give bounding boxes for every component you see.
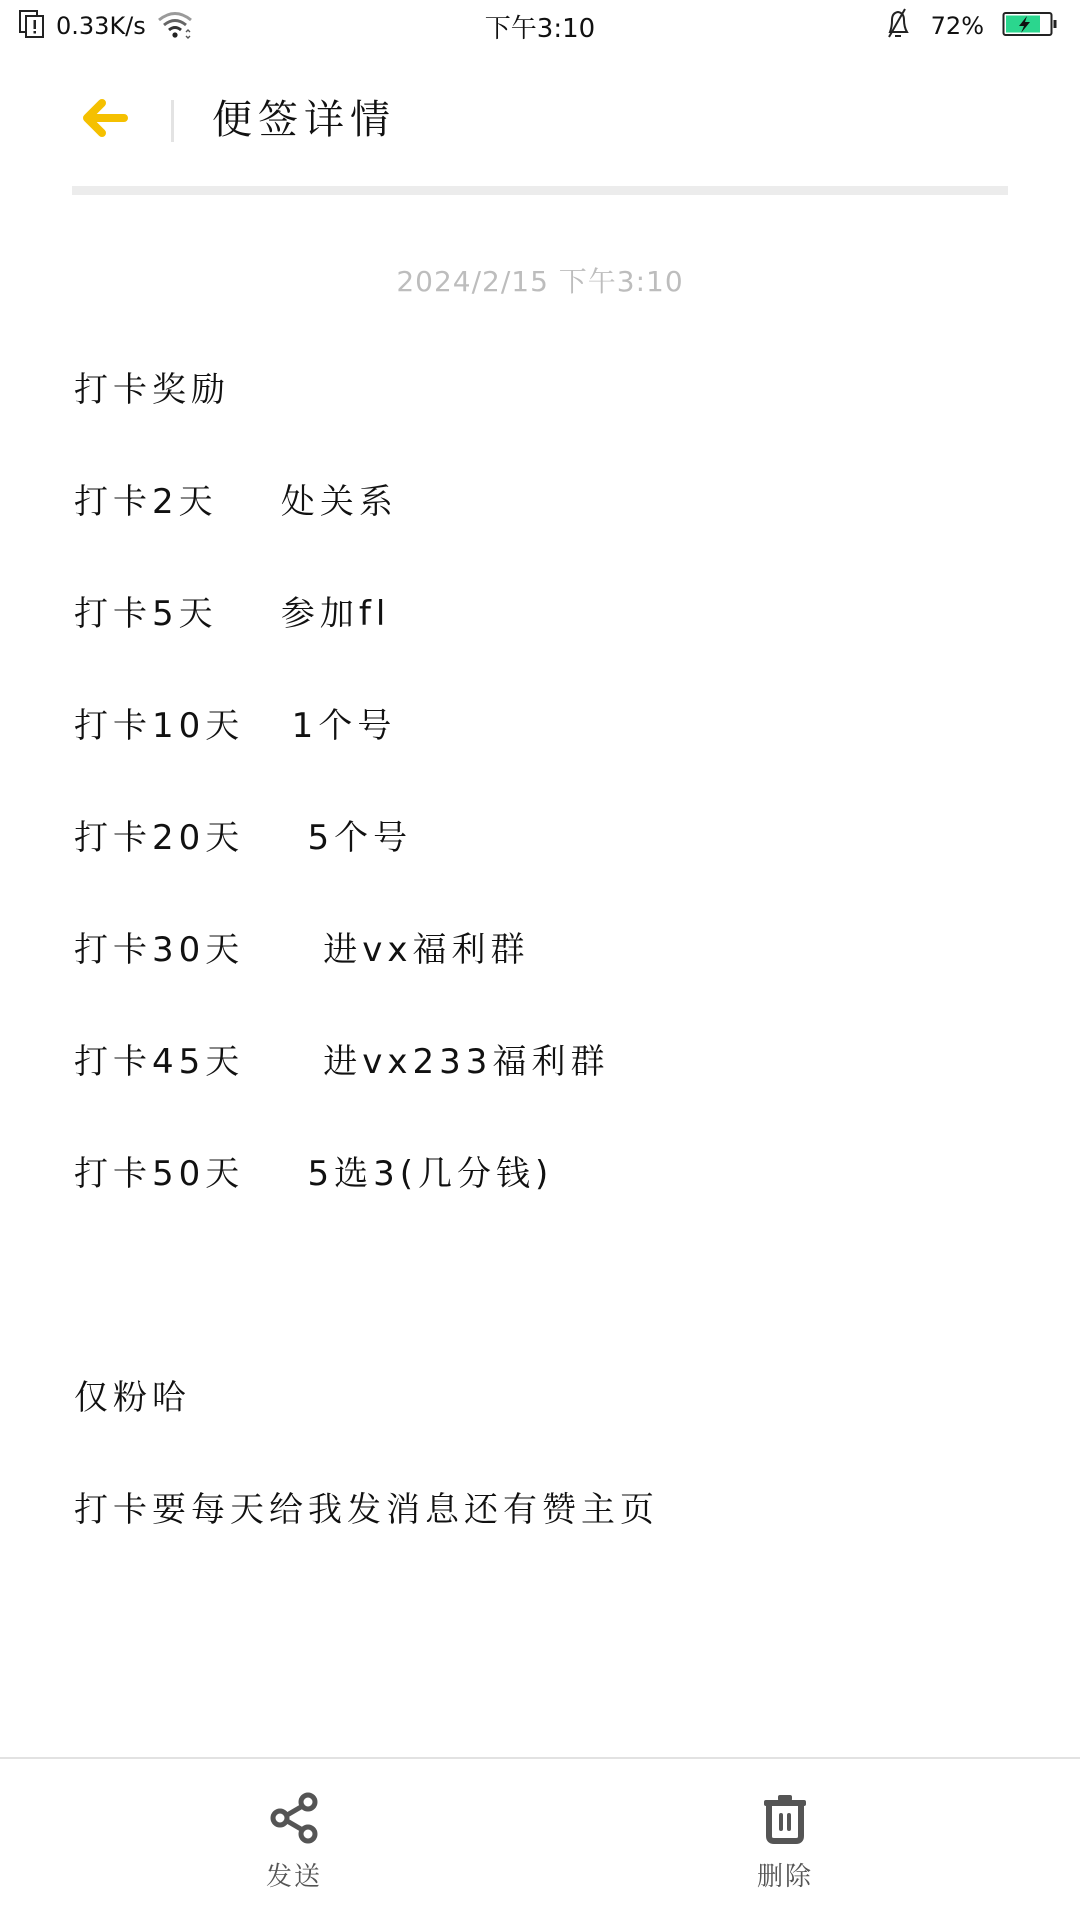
send-label: 发送: [266, 1856, 322, 1893]
note-line-empty: [74, 1256, 1014, 1368]
bottom-divider: [0, 1757, 1080, 1759]
note-line: 打卡2天 处关系: [74, 472, 1014, 584]
delete-label: 删除: [757, 1856, 813, 1893]
note-line: 打卡奖励: [74, 360, 1014, 472]
share-icon: [266, 1790, 322, 1846]
send-button[interactable]: 发送: [214, 1790, 374, 1900]
note-body[interactable]: 打卡奖励 打卡2天 处关系 打卡5天 参加fl 打卡10天 1个号 打卡20天 …: [74, 360, 1014, 1592]
page-title: 便签详情: [212, 92, 396, 148]
bell-muted-icon: [883, 7, 913, 45]
battery-charging-icon: [1002, 10, 1058, 42]
note-line: 仅粉哈: [74, 1368, 1014, 1480]
note-line: 打卡20天 5个号: [74, 808, 1014, 920]
delete-button[interactable]: 删除: [705, 1790, 865, 1900]
trash-icon: [757, 1790, 813, 1846]
header-separator: [171, 100, 174, 142]
battery-percent: 72%: [931, 12, 984, 40]
back-button[interactable]: [72, 90, 136, 150]
status-bar: 0.33K/s 下午3:10 72%: [0, 0, 1080, 52]
note-line: 打卡30天 进vx福利群: [74, 920, 1014, 1032]
note-line: 打卡10天 1个号: [74, 696, 1014, 808]
note-date: 2024/2/15 下午3:10: [0, 260, 1080, 300]
arrow-left-icon: [78, 96, 130, 144]
note-line: 打卡45天 进vx233福利群: [74, 1032, 1014, 1144]
note-line: 打卡50天 5选3(几分钱): [74, 1144, 1014, 1256]
note-line: 打卡要每天给我发消息还有赞主页: [74, 1480, 1014, 1592]
header-divider: [72, 186, 1008, 195]
note-line: 打卡5天 参加fl: [74, 584, 1014, 696]
status-bar-right: 72%: [883, 8, 1058, 44]
